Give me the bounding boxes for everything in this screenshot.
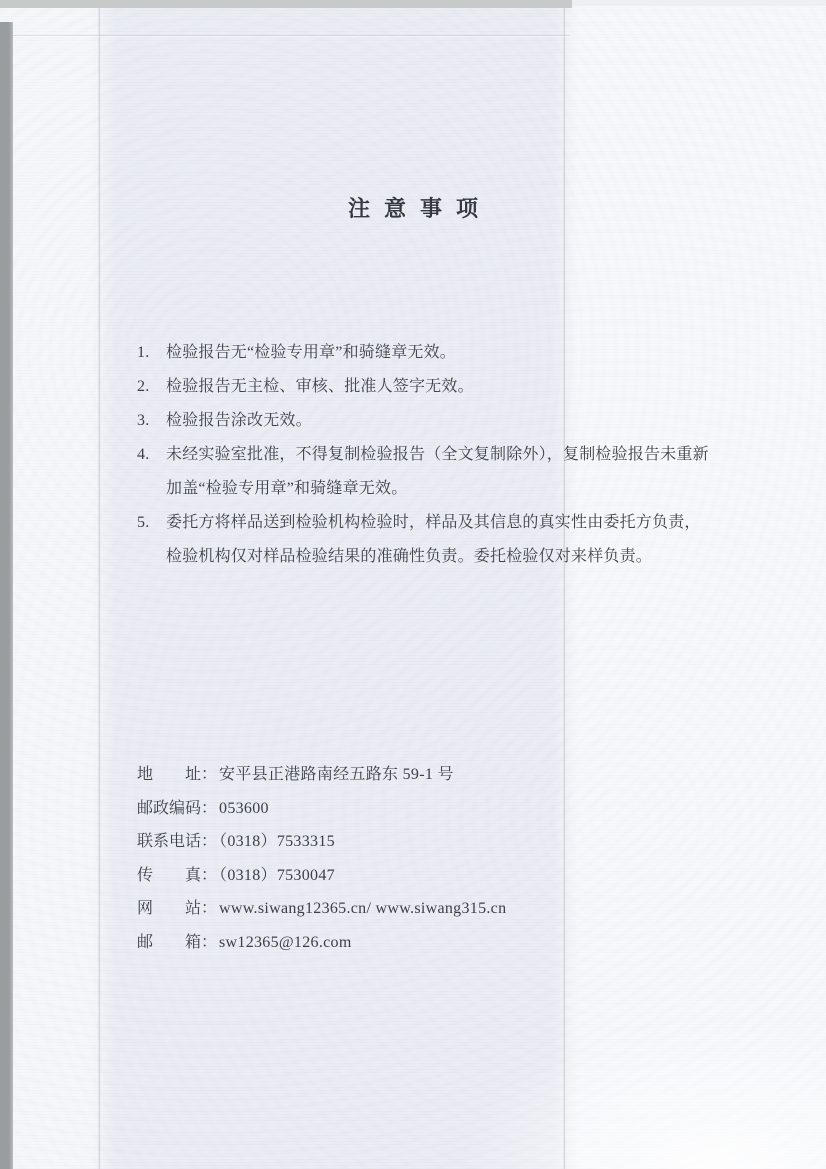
contact-line-website: 网 站：www.siwang12365.cn/ www.siwang315.cn — [137, 892, 506, 926]
contact-value: 安平县正港路南经五路东 59-1 号 — [219, 766, 454, 783]
paper — [0, 0, 826, 1169]
contact-line-address: 地 址：安平县正港路南经五路东 59-1 号 — [137, 758, 506, 792]
contact-label: 联系电话： — [137, 833, 217, 850]
notice-text: 未经实验室批准，不得复制检验报告（全文复制除外），复制检验报告未重新 加盖“检验… — [166, 446, 709, 497]
fold-crease-left — [98, 8, 101, 1169]
page-title: 注意事项 — [0, 192, 826, 223]
notice-number: 5. — [137, 506, 149, 540]
fold-crease-right — [563, 8, 566, 1169]
contact-block: 地 址：安平县正港路南经五路东 59-1 号 邮政编码：053600 联系电话：… — [137, 758, 506, 959]
notice-number: 2. — [137, 370, 149, 404]
notice-item: 3. 检验报告涂改无效。 — [137, 404, 719, 438]
contact-label: 网 站： — [137, 900, 217, 917]
contact-line-postcode: 邮政编码：053600 — [137, 792, 506, 826]
notice-number: 1. — [137, 336, 149, 370]
notice-number: 4. — [137, 438, 149, 472]
notice-text: 委托方将样品送到检验机构检验时，样品及其信息的真实性由委托方负责， 检验机构仅对… — [166, 514, 701, 565]
notice-number: 3. — [137, 404, 149, 438]
notice-text: 检验报告涂改无效。 — [166, 412, 312, 429]
contact-label: 传 真： — [137, 867, 217, 884]
fold-crease-top — [0, 35, 570, 36]
contact-value: （0318）7533315 — [219, 833, 335, 850]
contact-value: 053600 — [219, 800, 269, 817]
scanner-edge-top-right — [572, 0, 826, 6]
contact-line-email: 邮 箱：sw12365@126.com — [137, 926, 506, 960]
scanned-document-page: 注意事项 1. 检验报告无“检验专用章”和骑缝章无效。 2. 检验报告无主检、审… — [0, 0, 826, 1169]
notice-list: 1. 检验报告无“检验专用章”和骑缝章无效。 2. 检验报告无主检、审核、批准人… — [137, 336, 719, 574]
contact-line-phone: 联系电话：（0318）7533315 — [137, 825, 506, 859]
notice-item: 4. 未经实验室批准，不得复制检验报告（全文复制除外），复制检验报告未重新 加盖… — [137, 438, 719, 506]
scanner-edge-top — [0, 0, 572, 8]
contact-label: 地 址： — [137, 766, 217, 783]
notice-text: 检验报告无“检验专用章”和骑缝章无效。 — [166, 344, 456, 361]
contact-value: （0318）7530047 — [219, 867, 335, 884]
notice-text: 检验报告无主检、审核、批准人签字无效。 — [166, 378, 474, 395]
contact-line-fax: 传 真：（0318）7530047 — [137, 859, 506, 893]
notice-item: 2. 检验报告无主检、审核、批准人签字无效。 — [137, 370, 719, 404]
contact-value: sw12365@126.com — [219, 934, 352, 951]
notice-item: 1. 检验报告无“检验专用章”和骑缝章无效。 — [137, 336, 719, 370]
notice-item: 5. 委托方将样品送到检验机构检验时，样品及其信息的真实性由委托方负责， 检验机… — [137, 506, 719, 574]
contact-label: 邮政编码： — [137, 800, 217, 817]
contact-value: www.siwang12365.cn/ www.siwang315.cn — [219, 900, 506, 917]
contact-label: 邮 箱： — [137, 934, 217, 951]
